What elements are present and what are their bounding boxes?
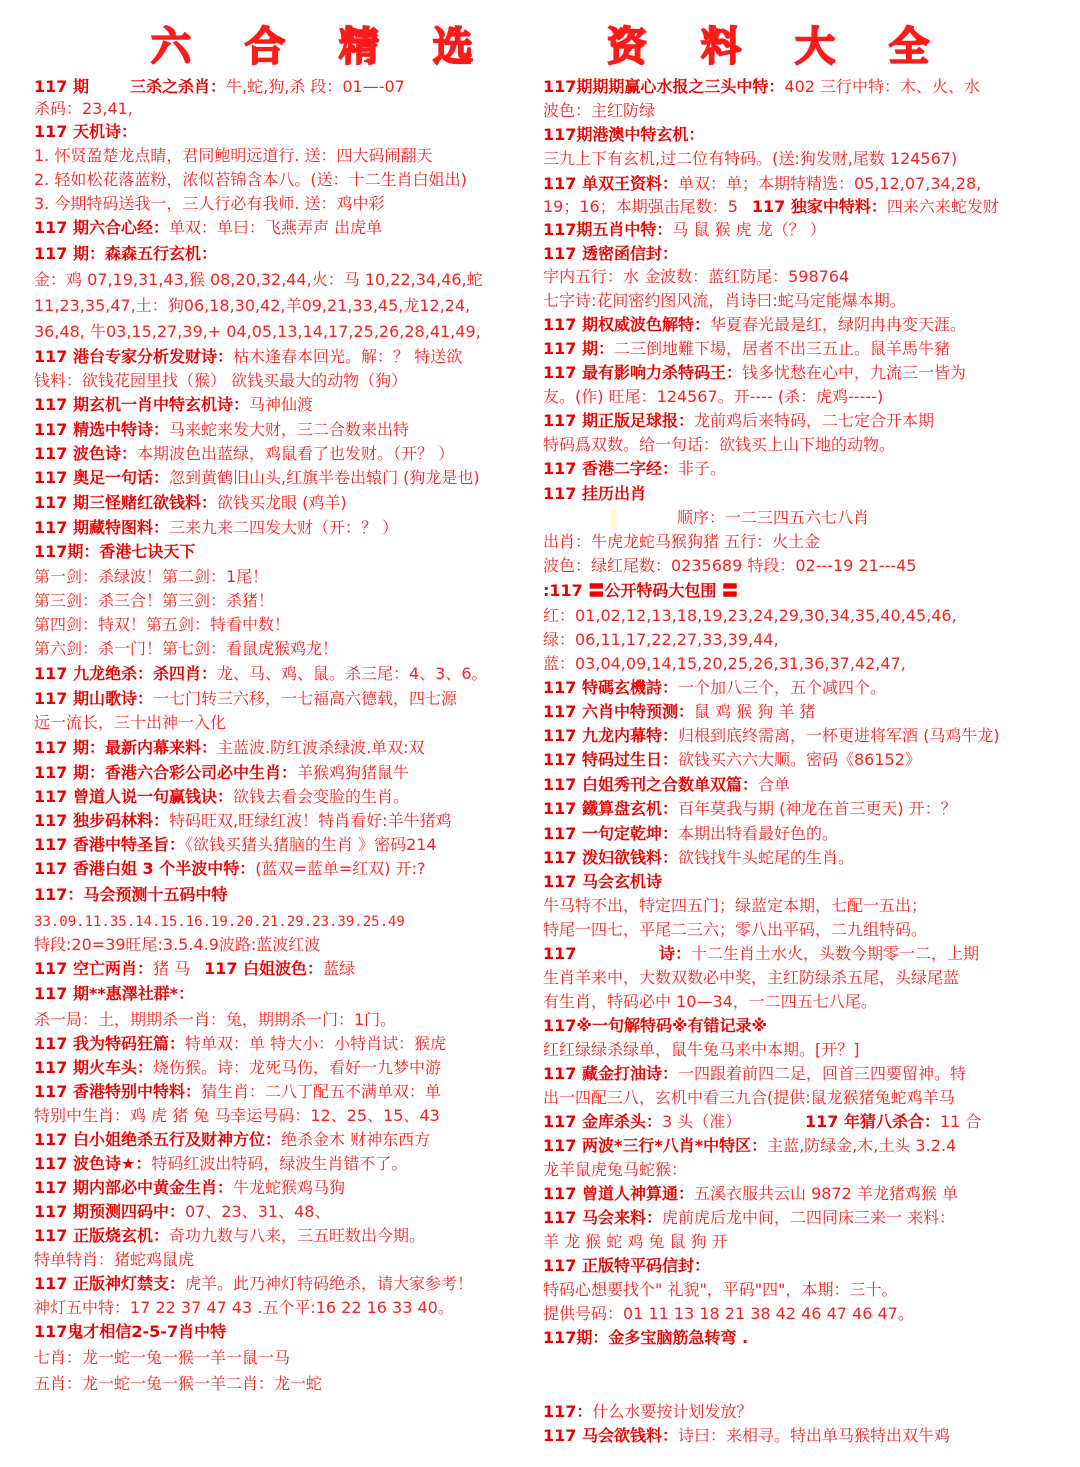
- text-line: 117 期：最新内幕来料：主蓝波.防红波杀绿波.单双:双: [34, 737, 425, 759]
- text-line: 11,23,35,47,土：狗06,18,30,42,羊09,21,33,45,…: [34, 295, 470, 317]
- line-label: 117 期正版足球报：: [543, 411, 694, 430]
- line-value: 马 鼠 猴 虎 龙（？ ）: [672, 220, 825, 239]
- text-line: 七字诗:花间密约图风流，肖诗曰:蛇马定能爆本期。: [543, 290, 906, 312]
- line-label: 117 期权威波色解特：: [543, 315, 710, 334]
- line-value: 鼠 鸡 猴 狗 羊 猪: [694, 702, 815, 721]
- text-line: 117 精选中特诗：马来蛇来发大财，三二合数来出特: [34, 419, 409, 441]
- line-value: 十二生肖土水火，头数今期零一二，上期: [691, 944, 979, 963]
- text-line: 友。(作) 旺尾：124567。开---- (杀：虎鸡-----): [543, 386, 883, 408]
- line-value: 龙前鸡后来特码，二七定合开本期: [694, 411, 934, 430]
- line-label: 117 奥足一句话：: [34, 468, 169, 487]
- line-value: 烧伤猴。诗：龙死马伤，看好一九梦中游: [153, 1058, 441, 1077]
- line-value: 出肖：牛虎龙蛇马猴狗猪 五行：火土金: [543, 532, 820, 551]
- line-label: 117 期六合心经：: [34, 218, 169, 237]
- line-label: 117 马会欲钱料：: [543, 1426, 678, 1445]
- line-value: 七肖：龙一蛇一兔一猴一羊一鼠一马: [34, 1348, 290, 1367]
- text-line: 波色：绿红尾数：0235689 特段：02---19 21---45: [543, 555, 917, 577]
- line-label: 117 香港中特圣旨：: [34, 835, 185, 854]
- line-label: 117 白姐波色：: [204, 959, 323, 978]
- text-line: 117 期正版足球报：龙前鸡后来特码，二七定合开本期: [543, 410, 934, 432]
- line-value: 虎前虎后龙中间，二四同床三来一 来料：: [662, 1208, 955, 1227]
- line-label: 117 期**惠澤社群*：: [34, 984, 194, 1003]
- line-value: 特别中生肖：鸡 虎 猪 兔 马幸运号码：12、25、15、43: [34, 1106, 440, 1125]
- text-line: 117 期玄机一肖中特玄机诗：马神仙渡: [34, 394, 313, 416]
- text-line: 117 期山歌诗：一七门转三六移，一七福高六德载，四七源: [34, 688, 457, 710]
- text-line: 117 期预测四码中：07、23、31、48、: [34, 1201, 330, 1223]
- line-label: 117 鐵算盘玄机：: [543, 799, 678, 818]
- line-value: 牛,蛇,狗,杀 段：01—-07: [226, 77, 405, 96]
- line-value: 《欲钱买猪头猪脑的生肖 》密码214: [185, 835, 437, 854]
- line-label: 117期期期赢心水报之三头中特：: [543, 77, 784, 96]
- text-line: 117诗：十二生肖土水火，头数今期零一二，上期: [543, 943, 576, 965]
- text-line: 杀码：23,41,: [34, 98, 133, 120]
- text-line: 117 波色诗★：特码红波出特码，绿波生肖错不了。: [34, 1153, 407, 1175]
- line-label: 117 特碼玄機詩：: [543, 678, 678, 697]
- text-line: 2. 轻如松花落蓝粉，浓似苔锦含本八。(送：十二生肖白姐出): [34, 169, 467, 191]
- line-label: 117 正版特平码信封：: [543, 1256, 710, 1275]
- line-label: 117 正版烧玄机：: [34, 1226, 169, 1245]
- text-line: 神灯五中特：17 22 37 47 43 .五个平:16 22 16 33 40…: [34, 1297, 454, 1319]
- line-value: 杀码：23,41,: [34, 99, 133, 118]
- text-line: 特单特肖：猪蛇鸡鼠虎: [34, 1249, 194, 1271]
- line-label: 117 我为特码狂篇：: [34, 1034, 185, 1053]
- line-value: 金：鸡 07,19,31,43,猴 08,20,32,44,火：马 10,22,…: [34, 270, 483, 289]
- line-label: 117 期玄机一肖中特玄机诗：: [34, 395, 249, 414]
- line-label: 117 期：最新内幕来料：: [34, 738, 217, 757]
- title-char: 料: [701, 22, 741, 72]
- text-line: 出肖：牛虎龙蛇马猴狗猪 五行：火土金: [543, 531, 820, 553]
- text-line: 117 白小姐绝杀五行及财神方位：绝杀金木 财神东西方: [34, 1129, 430, 1151]
- line-value: 马神仙渡: [249, 395, 313, 414]
- text-line: 117 藏金打油诗：一四跟着前四二足，回首三四要留神。特: [543, 1063, 966, 1085]
- line-value: 第四剑：特双！第五剑：特看中数！: [34, 615, 290, 634]
- line-label: 117 九龙绝杀：杀四肖：: [34, 664, 217, 683]
- text-line: 117期港澳中特玄机：: [543, 124, 704, 146]
- line-label: 117期：金多宝脑筋急转弯 .: [543, 1328, 748, 1347]
- title-char: 合: [245, 22, 285, 72]
- line-value: 第一剑：杀绿波！第二剑：1尾！: [34, 567, 268, 586]
- text-line: 117 期火车头：烧伤猴。诗：龙死马伤，看好一九梦中游: [34, 1057, 441, 1079]
- line-label: 117 期藏特图料：: [34, 518, 169, 537]
- line-label: 117 曾道人说一句赢钱诀：: [34, 787, 233, 806]
- text-line: 3. 今期特码送我一，三人行必有我师. 送：鸡中彩: [34, 193, 385, 215]
- line-value: 七字诗:花间密约图风流，肖诗曰:蛇马定能爆本期。: [543, 291, 906, 310]
- text-line: 117 香港中特圣旨：《欲钱买猪头猪脑的生肖 》密码214: [34, 834, 437, 856]
- line-value: 诗曰：来相寻。特出单马猴特出双牛鸡: [678, 1426, 950, 1445]
- line-value: 特码爲双数。给一句话：欲钱买上山下地的动物。: [543, 435, 895, 454]
- line-label: 诗：: [659, 944, 691, 963]
- text-line: 117 最有影响力杀特码王：钱多忧愁在心中，九流三一皆为: [543, 362, 966, 384]
- line-value: 远一流长，三十出神一入化: [34, 713, 226, 732]
- line-value: 什么水要按计划发放？: [592, 1402, 752, 1421]
- text-line: 117 六肖中特预测：鼠 鸡 猴 狗 羊 猪: [543, 701, 815, 723]
- text-line: 特别中生肖：鸡 虎 猪 兔 马幸运号码：12、25、15、43: [34, 1105, 440, 1127]
- text-line: 绿：06,11,17,22,27,33,39,44,: [543, 629, 779, 651]
- line-value: 欲钱找牛头蛇尾的生肖。: [678, 848, 854, 867]
- text-line: 三九上下有玄机,过二位有特码。(送:狗发财,尾数 124567): [543, 148, 957, 170]
- line-label: 117 透密函信封：: [543, 244, 678, 263]
- line-value: 3. 今期特码送我一，三人行必有我师. 送：鸡中彩: [34, 194, 385, 213]
- text-line: 第六剑：杀一门！第七剑：看鼠虎猴鸡龙！: [34, 638, 338, 660]
- line-label: 117鬼才相信2-5-7肖中特: [34, 1322, 226, 1341]
- text-line: 七肖：龙一蛇一兔一猴一羊一鼠一马: [34, 1347, 290, 1369]
- line-label: 117 马会玄机诗: [543, 872, 662, 891]
- line-label: 117 金库杀头：: [543, 1112, 662, 1131]
- line-value: 神灯五中特：17 22 37 47 43 .五个平:16 22 16 33 40…: [34, 1298, 454, 1317]
- text-line: 钱料：欲钱花园里找（猴） 欲钱买最大的动物（狗）: [34, 370, 407, 392]
- text-line: 第三剑：杀三合！第三剑：杀猪！: [34, 590, 274, 612]
- line-value: 特单双：单 特大小：小特肖试：猴虎: [185, 1034, 446, 1053]
- line-label: 117 马会来料：: [543, 1208, 662, 1227]
- line-label: 117 波色诗★：: [34, 1154, 151, 1173]
- text-line: 117 正版神灯禁支：虎羊。此乃神灯特码绝杀，请大家参考！: [34, 1273, 473, 1295]
- line-value: 红：01,02,12,13,18,19,23,24,29,30,34,35,40…: [543, 606, 957, 625]
- text-line: 羊 龙 猴 蛇 鸡 兔 鼠 狗 开: [543, 1231, 728, 1253]
- text-line: 红：01,02,12,13,18,19,23,24,29,30,34,35,40…: [543, 605, 957, 627]
- line-label: 117 期预测四码中：: [34, 1202, 185, 1221]
- line-value: 欲钱买六六大顺。密码《86152》: [678, 750, 921, 769]
- text-line: 117 特碼玄機詩：一个加八三个，五个减四个。: [543, 677, 886, 699]
- line-value: 三来九来二四发大财（开：？ ）: [169, 518, 398, 537]
- line-value: 顺序：一二三四五六七八肖: [677, 508, 869, 527]
- line-value: 猪 马: [153, 959, 190, 978]
- line-label: 117 九龙内幕特：: [543, 726, 678, 745]
- line-label: 117 期三怪赌红欲钱料：: [34, 493, 217, 512]
- text-line: 117 期: [34, 76, 89, 98]
- text-line: 117 曾道人神算通：五溪衣服共云山 9872 羊龙猪鸡猴 单: [543, 1183, 958, 1205]
- text-line: 117 特码过生日：欲钱买六六大顺。密码《86152》: [543, 749, 921, 771]
- line-value: 主蓝,防绿金,木,土头 3.2.4: [767, 1136, 956, 1155]
- line-value: 特单特肖：猪蛇鸡鼠虎: [34, 1250, 194, 1269]
- line-value: 2. 轻如松花落蓝粉，浓似苔锦含本八。(送：十二生肖白姐出): [34, 170, 467, 189]
- text-line: 117 期权威波色解特：华夏春光最是红，绿阴冉冉变天涯。: [543, 314, 966, 336]
- line-label: 三杀之杀肖：: [130, 77, 226, 96]
- line-value: 19；16；本期强击尾数：5: [543, 197, 738, 216]
- line-label: 117 独家中特料：: [752, 197, 887, 216]
- line-label: 117 年猜八杀合：: [805, 1112, 940, 1131]
- text-line: 117期：金多宝脑筋急转弯 .: [543, 1327, 748, 1349]
- line-label: 117 期：: [543, 339, 614, 358]
- line-label: 117期港澳中特玄机：: [543, 125, 704, 144]
- text-line: 三杀之杀肖：牛,蛇,狗,杀 段：01—-07: [130, 76, 405, 98]
- text-line: 生肖羊来中，大数双数必中奖，主红防绿杀五尾，头绿尾蓝: [543, 967, 959, 989]
- text-line: 117 期三怪赌红欲钱料：欲钱买龙眼 (鸡羊): [34, 492, 347, 514]
- text-line: 特码心想要找个" 礼貌"，平码"四"，本期：三十。: [543, 1279, 898, 1301]
- text-line: 龙羊鼠虎兔马蛇猴：: [543, 1159, 687, 1181]
- line-label: 117 一句定乾坤：: [543, 824, 678, 843]
- text-line: 有生肖，特码必中 10—34，一二四五七八尾。: [543, 991, 877, 1013]
- line-value: 有生肖，特码必中 10—34，一二四五七八尾。: [543, 992, 877, 1011]
- line-value: 特尾一四七，平尾二三六；零八出平码，二九组特码。: [543, 920, 927, 939]
- line-label: 117 空亡两肖：: [34, 959, 153, 978]
- line-value: 特段:20=39旺尾:3.5.4.9波路:蓝波红波: [34, 935, 320, 954]
- text-line: 19；16；本期强击尾数：5117 独家中特料：四来六来蛇发财: [543, 196, 999, 218]
- text-line: 117 独步码林料：特码旺双,旺绿红波！特肖看好:羊牛猪鸡: [34, 810, 451, 832]
- highlight-mark: [611, 509, 617, 529]
- line-label: 117：马会预测十五码中特: [34, 885, 227, 904]
- line-value: 欲钱去看会变脸的生肖。: [233, 787, 409, 806]
- text-line: 117：马会预测十五码中特: [34, 884, 227, 906]
- line-value: 第六剑：杀一门！第七剑：看鼠虎猴鸡龙！: [34, 639, 338, 658]
- line-label: 117 泼妇欲钱料：: [543, 848, 678, 867]
- text-line: 117 期**惠澤社群*：: [34, 983, 194, 1005]
- line-value: 第三剑：杀三合！第三剑：杀猪！: [34, 591, 274, 610]
- text-line: 特码爲双数。给一句话：欲钱买上山下地的动物。: [543, 434, 895, 456]
- line-value: 波色：绿红尾数：0235689 特段：02---19 21---45: [543, 556, 917, 575]
- line-label: 117 白小姐绝杀五行及财神方位：: [34, 1130, 281, 1149]
- line-value: 特码红波出特码，绿波生肖错不了。: [151, 1154, 407, 1173]
- text-line: 117 两波*三行*八肖*中特区：主蓝,防绿金,木,土头 3.2.4: [543, 1135, 956, 1157]
- text-line: 特段:20=39旺尾:3.5.4.9波路:蓝波红波: [34, 934, 320, 956]
- title-char: 选: [433, 22, 473, 72]
- line-label: 117 特码过生日：: [543, 750, 678, 769]
- line-value: 羊猴鸡狗猪鼠牛: [297, 763, 409, 782]
- line-label: 117 正版神灯禁支：: [34, 1274, 185, 1293]
- line-value: 红红绿绿杀绿单，鼠牛兔马来中本期。[开？]: [543, 1040, 860, 1059]
- text-line: 117 港台专家分析发财诗：枯木逢春本回光。解：？ 特送欲: [34, 346, 462, 368]
- line-value: 五肖：龙一蛇一兔一猴一羊二肖：龙一蛇: [34, 1374, 322, 1393]
- text-line: 波色：主红防绿: [543, 100, 655, 122]
- text-line: 红红绿绿杀绿单，鼠牛兔马来中本期。[开？]: [543, 1039, 860, 1061]
- text-line: 117 期藏特图料：三来九来二四发大财（开：？ ）: [34, 517, 398, 539]
- line-value: 宇内五行：水 金波数：蓝红防尾：598764: [543, 267, 849, 286]
- text-line: 117※一句解特码※有错记录※: [543, 1015, 767, 1037]
- line-value: 枯木逢春本回光。解：？ 特送欲: [233, 347, 462, 366]
- line-label: 117 期火车头：: [34, 1058, 153, 1077]
- text-line: 117 白姐秀刊之合数单双篇：合单: [543, 774, 790, 796]
- text-line: 117 期：森森五行玄机：: [34, 243, 217, 265]
- text-line: 33.09.11.35.14.15.16.19.20.21.29.23.39.2…: [34, 910, 405, 932]
- line-value: 绝杀金木 财神东西方: [281, 1130, 430, 1149]
- title-char: 资: [607, 22, 647, 72]
- line-value: 蓝：03,04,09,14,15,20,25,26,31,36,37,42,47…: [543, 654, 906, 673]
- line-value: 11,23,35,47,土：狗06,18,30,42,羊09,21,33,45,…: [34, 296, 470, 315]
- line-value: 龙、马、鸡、鼠。杀三尾：4、3、6。: [217, 664, 488, 683]
- line-label: 117※一句解特码※有错记录※: [543, 1016, 767, 1035]
- text-line: 117 奥足一句话：忽到黄鹤旧山头,红旗半卷出辕门 (狗龙是也): [34, 467, 480, 489]
- line-value: (蓝双=蓝单=红双) 开:?: [255, 859, 425, 878]
- line-value: 钱多忧愁在心中，九流三一皆为: [742, 363, 966, 382]
- text-line: 117 香港特别中特料：猜生肖：二八丁配五不满单双：单: [34, 1081, 441, 1103]
- text-line: 117 期六合心经：单双：单曰：飞燕弄声 出虎单: [34, 217, 382, 239]
- line-value: 非子。: [678, 459, 726, 478]
- line-label: 117 六肖中特预测：: [543, 702, 694, 721]
- text-line: 117 期：香港六合彩公司必中生肖：羊猴鸡狗猪鼠牛: [34, 762, 409, 784]
- line-value: 牛马特不出，特定四五门；绿蓝定本期，七配一五出；: [543, 896, 927, 915]
- line-value: 龙羊鼠虎兔马蛇猴：: [543, 1160, 687, 1179]
- line-value: 猜生肖：二八丁配五不满单双：单: [201, 1082, 441, 1101]
- text-line: 117 单双王资料：单双：单；本期特精选：05,12,07,34,28,: [543, 173, 981, 195]
- line-label: 117 藏金打油诗：: [543, 1064, 678, 1083]
- text-line: 117 九龙内幕特：归根到底终需离，一杯更进将军酒 (马鸡牛龙): [543, 725, 1000, 747]
- line-value: 杀一局：土，期期杀一肖：兔，期期杀一门：1门。: [34, 1010, 396, 1029]
- line-value: 四来六来蛇发财: [887, 197, 999, 216]
- line-value: 主蓝波.防红波杀绿波.单双:双: [217, 738, 425, 757]
- text-line: 第一剑：杀绿波！第二剑：1尾！: [34, 566, 268, 588]
- line-label: 117 白姐秀刊之合数单双篇：: [543, 775, 758, 794]
- line-value: 归根到底终需离，一杯更进将军酒 (马鸡牛龙): [678, 726, 1000, 745]
- line-label: :117 〓公开特码大包围 〓: [543, 581, 738, 600]
- line-label: 117 港台专家分析发财诗：: [34, 347, 233, 366]
- text-line: 117 金库杀头：3 头（准）117 年猜八杀合：11 合: [543, 1111, 741, 1133]
- line-label: 117 香港特别中特料：: [34, 1082, 201, 1101]
- text-line: 提供号码：01 11 13 18 21 38 42 46 47 46 47。: [543, 1303, 914, 1325]
- line-label: 117 波色诗：: [34, 444, 137, 463]
- line-label: 117 独步码林料：: [34, 811, 169, 830]
- line-label: 117: [543, 944, 576, 963]
- page-title: 六 合 精 选 资 料 大 全: [0, 22, 1080, 72]
- line-value: 牛龙蛇猴鸡马狗: [233, 1178, 345, 1197]
- line-value: 本期波色出蓝绿，鸡鼠看了也发财。（开？ ）: [137, 444, 454, 463]
- line-value: 一四跟着前四二足，回首三四要留神。特: [678, 1064, 966, 1083]
- text-line: 117 香港白姐 3 个半波中特：(蓝双=蓝单=红双) 开:?: [34, 858, 426, 880]
- line-label: 117期五肖中特：: [543, 220, 672, 239]
- line-value: 出一四配三八，玄机中看三九合(提供:鼠龙猴猪兔蛇鸡羊马: [543, 1088, 955, 1107]
- text-line: 117 马会欲钱料：诗曰：来相寻。特出单马猴特出双牛鸡: [543, 1425, 950, 1447]
- line-value: 合单: [758, 775, 790, 794]
- line-value: 友。(作) 旺尾：124567。开---- (杀：虎鸡-----): [543, 387, 883, 406]
- line-value: 402 三行中特：木、火、水: [784, 77, 980, 96]
- line-value: 11 合: [940, 1112, 981, 1131]
- text-line: 117 期内部必中黄金生肖：牛龙蛇猴鸡马狗: [34, 1177, 345, 1199]
- line-value: 3 头（准）: [662, 1112, 741, 1131]
- text-line: 出一四配三八，玄机中看三九合(提供:鼠龙猴猪兔蛇鸡羊马: [543, 1087, 955, 1109]
- line-value: 马来蛇来发大财，三二合数来出特: [169, 420, 409, 439]
- text-line: 五肖：龙一蛇一兔一猴一羊二肖：龙一蛇: [34, 1373, 322, 1395]
- text-line: 顺序：一二三四五六七八肖: [677, 507, 869, 529]
- line-value: 五溪衣服共云山 9872 羊龙猪鸡猴 单: [694, 1184, 958, 1203]
- text-line: 117 马会来料：虎前虎后龙中间，二四同床三来一 来料：: [543, 1207, 955, 1229]
- text-line: 117鬼才相信2-5-7肖中特: [34, 1321, 226, 1343]
- line-label: 117期：香港七诀天下: [34, 542, 195, 561]
- text-line: 36,48, 牛03,15,27,39,+ 04,05,13,14,17,25,…: [34, 321, 481, 343]
- text-line: 117期五肖中特：马 鼠 猴 虎 龙（？ ）: [543, 219, 826, 241]
- text-line: :117 〓公开特码大包围 〓: [543, 580, 738, 602]
- title-char: 六: [151, 22, 191, 72]
- line-value: 一七门转三六移，一七福高六德载，四七源: [153, 689, 457, 708]
- text-line: 117 透密函信封：: [543, 243, 678, 265]
- text-line: 117 鐵算盘玄机：百年莫我与期 (神龙在首三更天) 开：？: [543, 798, 957, 820]
- line-value: 33.09.11.35.14.15.16.19.20.21.29.23.39.2…: [34, 914, 405, 930]
- text-line: 117 马会玄机诗: [543, 871, 662, 893]
- text-line: 特尾一四七，平尾二三六；零八出平码，二九组特码。: [543, 919, 927, 941]
- line-label: 117 香港白姐 3 个半波中特：: [34, 859, 255, 878]
- line-value: 蓝绿: [323, 959, 355, 978]
- text-line: 远一流长，三十出神一入化: [34, 712, 226, 734]
- line-value: 百年莫我与期 (神龙在首三更天) 开：？: [678, 799, 957, 818]
- text-line: 蓝：03,04,09,14,15,20,25,26,31,36,37,42,47…: [543, 653, 906, 675]
- line-label: 117 期：森森五行玄机：: [34, 244, 217, 263]
- line-label: 117 最有影响力杀特码王：: [543, 363, 742, 382]
- line-label: 117 两波*三行*八肖*中特区：: [543, 1136, 767, 1155]
- text-line: 117 空亡两肖：猪 马117 白姐波色：蓝绿: [34, 958, 355, 980]
- text-line: 117 正版烧玄机：奇功九数与八来，三五旺数出今期。: [34, 1225, 425, 1247]
- text-line: 117 波色诗：本期波色出蓝绿，鸡鼠看了也发财。（开？ ）: [34, 443, 454, 465]
- line-label: 117 天机诗：: [34, 122, 137, 141]
- line-value: 三九上下有玄机,过二位有特码。(送:狗发财,尾数 124567): [543, 149, 957, 168]
- text-line: 117 天机诗：: [34, 121, 137, 143]
- line-value: 二三倒地難下場，居者不出三五止。鼠羊馬牛豬: [614, 339, 950, 358]
- text-line: 1. 怀贤盈楚龙点睛，君同鲍明远道行. 送：四大码闹翻天: [34, 145, 433, 167]
- line-value: 羊 龙 猴 蛇 鸡 兔 鼠 狗 开: [543, 1232, 728, 1251]
- text-line: 117 九龙绝杀：杀四肖：龙、马、鸡、鼠。杀三尾：4、3、6。: [34, 663, 488, 685]
- line-value: 特码心想要找个" 礼貌"，平码"四"，本期：三十。: [543, 1280, 898, 1299]
- line-value: 奇功九数与八来，三五旺数出今期。: [169, 1226, 425, 1245]
- text-line: 117 泼妇欲钱料：欲钱找牛头蛇尾的生肖。: [543, 847, 854, 869]
- text-line: 杀一局：土，期期杀一肖：兔，期期杀一门：1门。: [34, 1009, 396, 1031]
- line-label: 117 单双王资料：: [543, 174, 678, 193]
- line-value: 一个加八三个，五个减四个。: [678, 678, 886, 697]
- text-line: 117期期期赢心水报之三头中特：402 三行中特：木、火、水: [543, 76, 980, 98]
- text-line: 宇内五行：水 金波数：蓝红防尾：598764: [543, 266, 849, 288]
- text-line: 117 挂历出肖: [543, 483, 646, 505]
- text-line: 117 正版特平码信封：: [543, 1255, 710, 1277]
- line-value: 欲钱买龙眼 (鸡羊): [217, 493, 347, 512]
- text-line: 117 曾道人说一句赢钱诀：欲钱去看会变脸的生肖。: [34, 786, 409, 808]
- line-label: 117 香港二字经：: [543, 459, 678, 478]
- text-line: 117 我为特码狂篇：特单双：单 特大小：小特肖试：猴虎: [34, 1033, 446, 1055]
- text-line: 117 期：二三倒地難下場，居者不出三五止。鼠羊馬牛豬: [543, 338, 950, 360]
- line-label: 117 期: [34, 77, 89, 96]
- line-value: 07、23、31、48、: [185, 1202, 330, 1221]
- text-line: 牛马特不出，特定四五门；绿蓝定本期，七配一五出；: [543, 895, 927, 917]
- text-line: 117 一句定乾坤：本期出特看最好色的。: [543, 823, 838, 845]
- line-label: 117 挂历出肖: [543, 484, 646, 503]
- line-label: 117 期山歌诗：: [34, 689, 153, 708]
- line-value: 波色：主红防绿: [543, 101, 655, 120]
- line-value: 1. 怀贤盈楚龙点睛，君同鲍明远道行. 送：四大码闹翻天: [34, 146, 433, 165]
- line-value: 本期出特看最好色的。: [678, 824, 838, 843]
- line-label: 117 期：香港六合彩公司必中生肖：: [34, 763, 297, 782]
- line-value: 36,48, 牛03,15,27,39,+ 04,05,13,14,17,25,…: [34, 322, 481, 341]
- text-line: 金：鸡 07,19,31,43,猴 08,20,32,44,火：马 10,22,…: [34, 269, 483, 291]
- title-char: 精: [339, 22, 379, 72]
- text-line: 117 香港二字经：非子。: [543, 458, 726, 480]
- line-value: 特码旺双,旺绿红波！特肖看好:羊牛猪鸡: [169, 811, 451, 830]
- text-line: 117：什么水要按计划发放？: [543, 1401, 752, 1423]
- line-value: 忽到黄鹤旧山头,红旗半卷出辕门 (狗龙是也): [169, 468, 480, 487]
- line-label: 117：: [543, 1402, 592, 1421]
- title-char: 全: [889, 22, 929, 72]
- line-value: 单双：单；本期特精选：05,12,07,34,28,: [678, 174, 981, 193]
- line-label: 117 精选中特诗：: [34, 420, 169, 439]
- line-value: 绿：06,11,17,22,27,33,39,44,: [543, 630, 779, 649]
- text-line: 117期：香港七诀天下: [34, 541, 195, 563]
- line-label: 117 期内部必中黄金生肖：: [34, 1178, 233, 1197]
- line-value: 华夏春光最是红，绿阴冉冉变天涯。: [710, 315, 966, 334]
- text-line: 第四剑：特双！第五剑：特看中数！: [34, 614, 290, 636]
- line-value: 提供号码：01 11 13 18 21 38 42 46 47 46 47。: [543, 1304, 914, 1323]
- line-value: 单双：单曰：飞燕弄声 出虎单: [169, 218, 382, 237]
- line-value: 生肖羊来中，大数双数必中奖，主红防绿杀五尾，头绿尾蓝: [543, 968, 959, 987]
- line-label: 117 曾道人神算通：: [543, 1184, 694, 1203]
- title-char: 大: [795, 22, 835, 72]
- line-value: 虎羊。此乃神灯特码绝杀，请大家参考！: [185, 1274, 473, 1293]
- line-value: 钱料：欲钱花园里找（猴） 欲钱买最大的动物（狗）: [34, 371, 407, 390]
